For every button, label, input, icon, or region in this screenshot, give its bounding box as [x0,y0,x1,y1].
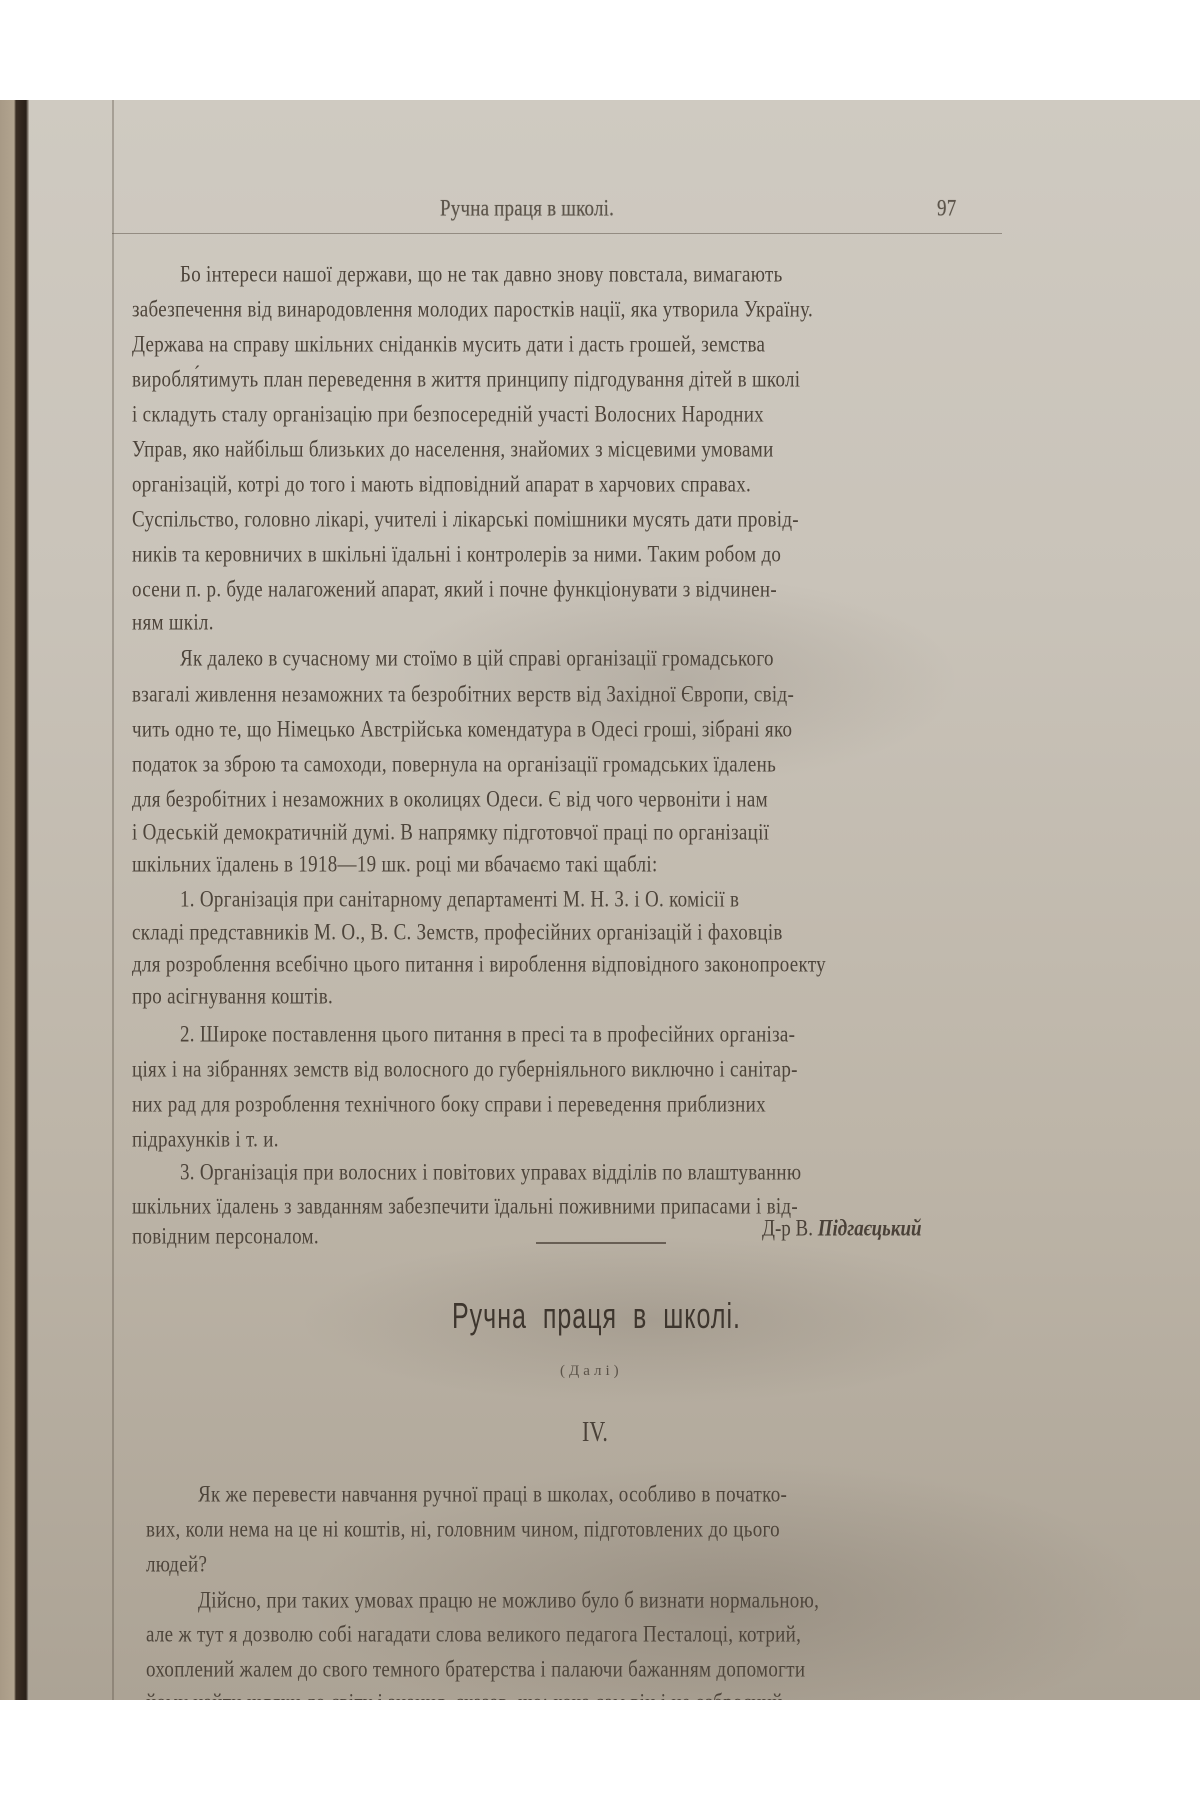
list-item-1: 1. Організація при санітарному департаме… [180,887,739,914]
article-title: Ручна праця в школі. [452,1296,741,1338]
running-title: Ручна праця в школі. [440,196,614,223]
section-number: IV. [582,1415,608,1449]
article-separator [536,1242,666,1244]
text-line: Бо інтереси нашої держави, що не так дав… [180,262,783,289]
header-rule [112,233,1002,234]
text-line: виробля́тимуть план переведення в життя … [132,367,800,394]
text-line: Управ, яко найбільш близьких до населенн… [132,437,774,464]
page-number: 97 [937,196,956,223]
list-item-2: 2. Широке поставлення цього питання в пр… [180,1022,795,1049]
list-item-3: 3. Організація при волосних і повітових … [180,1160,801,1187]
text-line: забезпечення від винародовлення молодих … [132,297,813,324]
text-line: організацій, котрі до того і мають відпо… [132,472,751,499]
text-line: ціях і на зібраннях земств від волосного… [132,1057,798,1084]
text-line: вих, коли нема на це ні коштів, ні, голо… [146,1517,780,1544]
text-line: чить одно те, що Німецько Австрійська ко… [132,717,792,744]
text-line: підрахунків і т. и. [132,1127,279,1154]
text-line: осени п. р. буде налагожений апарат, яки… [132,577,777,604]
text-line: шкільних їдалень в 1918—19 шк. році ми в… [132,852,658,879]
text-line: них рад для розроблення технічного боку … [132,1092,766,1119]
signature-prefix: Д-р В. [762,1216,813,1242]
text-line: охоплений жалем до свого темного братерс… [146,1657,805,1684]
text-line: Суспільство, головно лікарі, учителі і л… [132,507,799,534]
text-line: Держава на справу шкільних сніданків мус… [132,332,765,359]
image-bottom-margin [0,1700,1200,1800]
text-line: і Одеській демократичній думі. В напрямк… [132,820,769,847]
text-line: складі представників М. О., В. С. Земств… [132,920,783,947]
text-line: ням шкіл. [132,610,214,637]
text-line: повідним персоналом. [132,1224,319,1251]
text-line: про асігнування коштів. [132,984,333,1011]
text-line: людей? [146,1552,207,1579]
page-fold-line [112,100,114,1700]
text-line: ників та керовничих в шкільні їдальні і … [132,542,781,569]
signature-name: Підгаєцький [818,1216,922,1242]
text-line: Дійсно, при таких умовах працю не можлив… [198,1588,819,1615]
text-line: Як далеко в сучасному ми стоїмо в цій сп… [180,646,774,673]
text-line: для безробітних і незаможних в околицях … [132,787,768,814]
text-line: для розроблення всебічно цього питання і… [132,952,826,979]
author-signature: Д-р В. Підгаєцький [762,1216,922,1243]
text-line: Як же перевести навчання ручної праці в … [198,1482,787,1509]
text-line: і складуть сталу організацію при безпосе… [132,402,764,429]
text-line: але ж тут я дозволю собі нагадати слова … [146,1622,801,1649]
text-line: податок за зброю та самоходи, повернула … [132,752,776,779]
article-continuation-note: (Далі) [560,1363,623,1380]
text-line: шкільних їдалень з завданням забезпечити… [132,1194,798,1221]
text-line: взагалі живлення незаможних та безробітн… [132,682,794,709]
